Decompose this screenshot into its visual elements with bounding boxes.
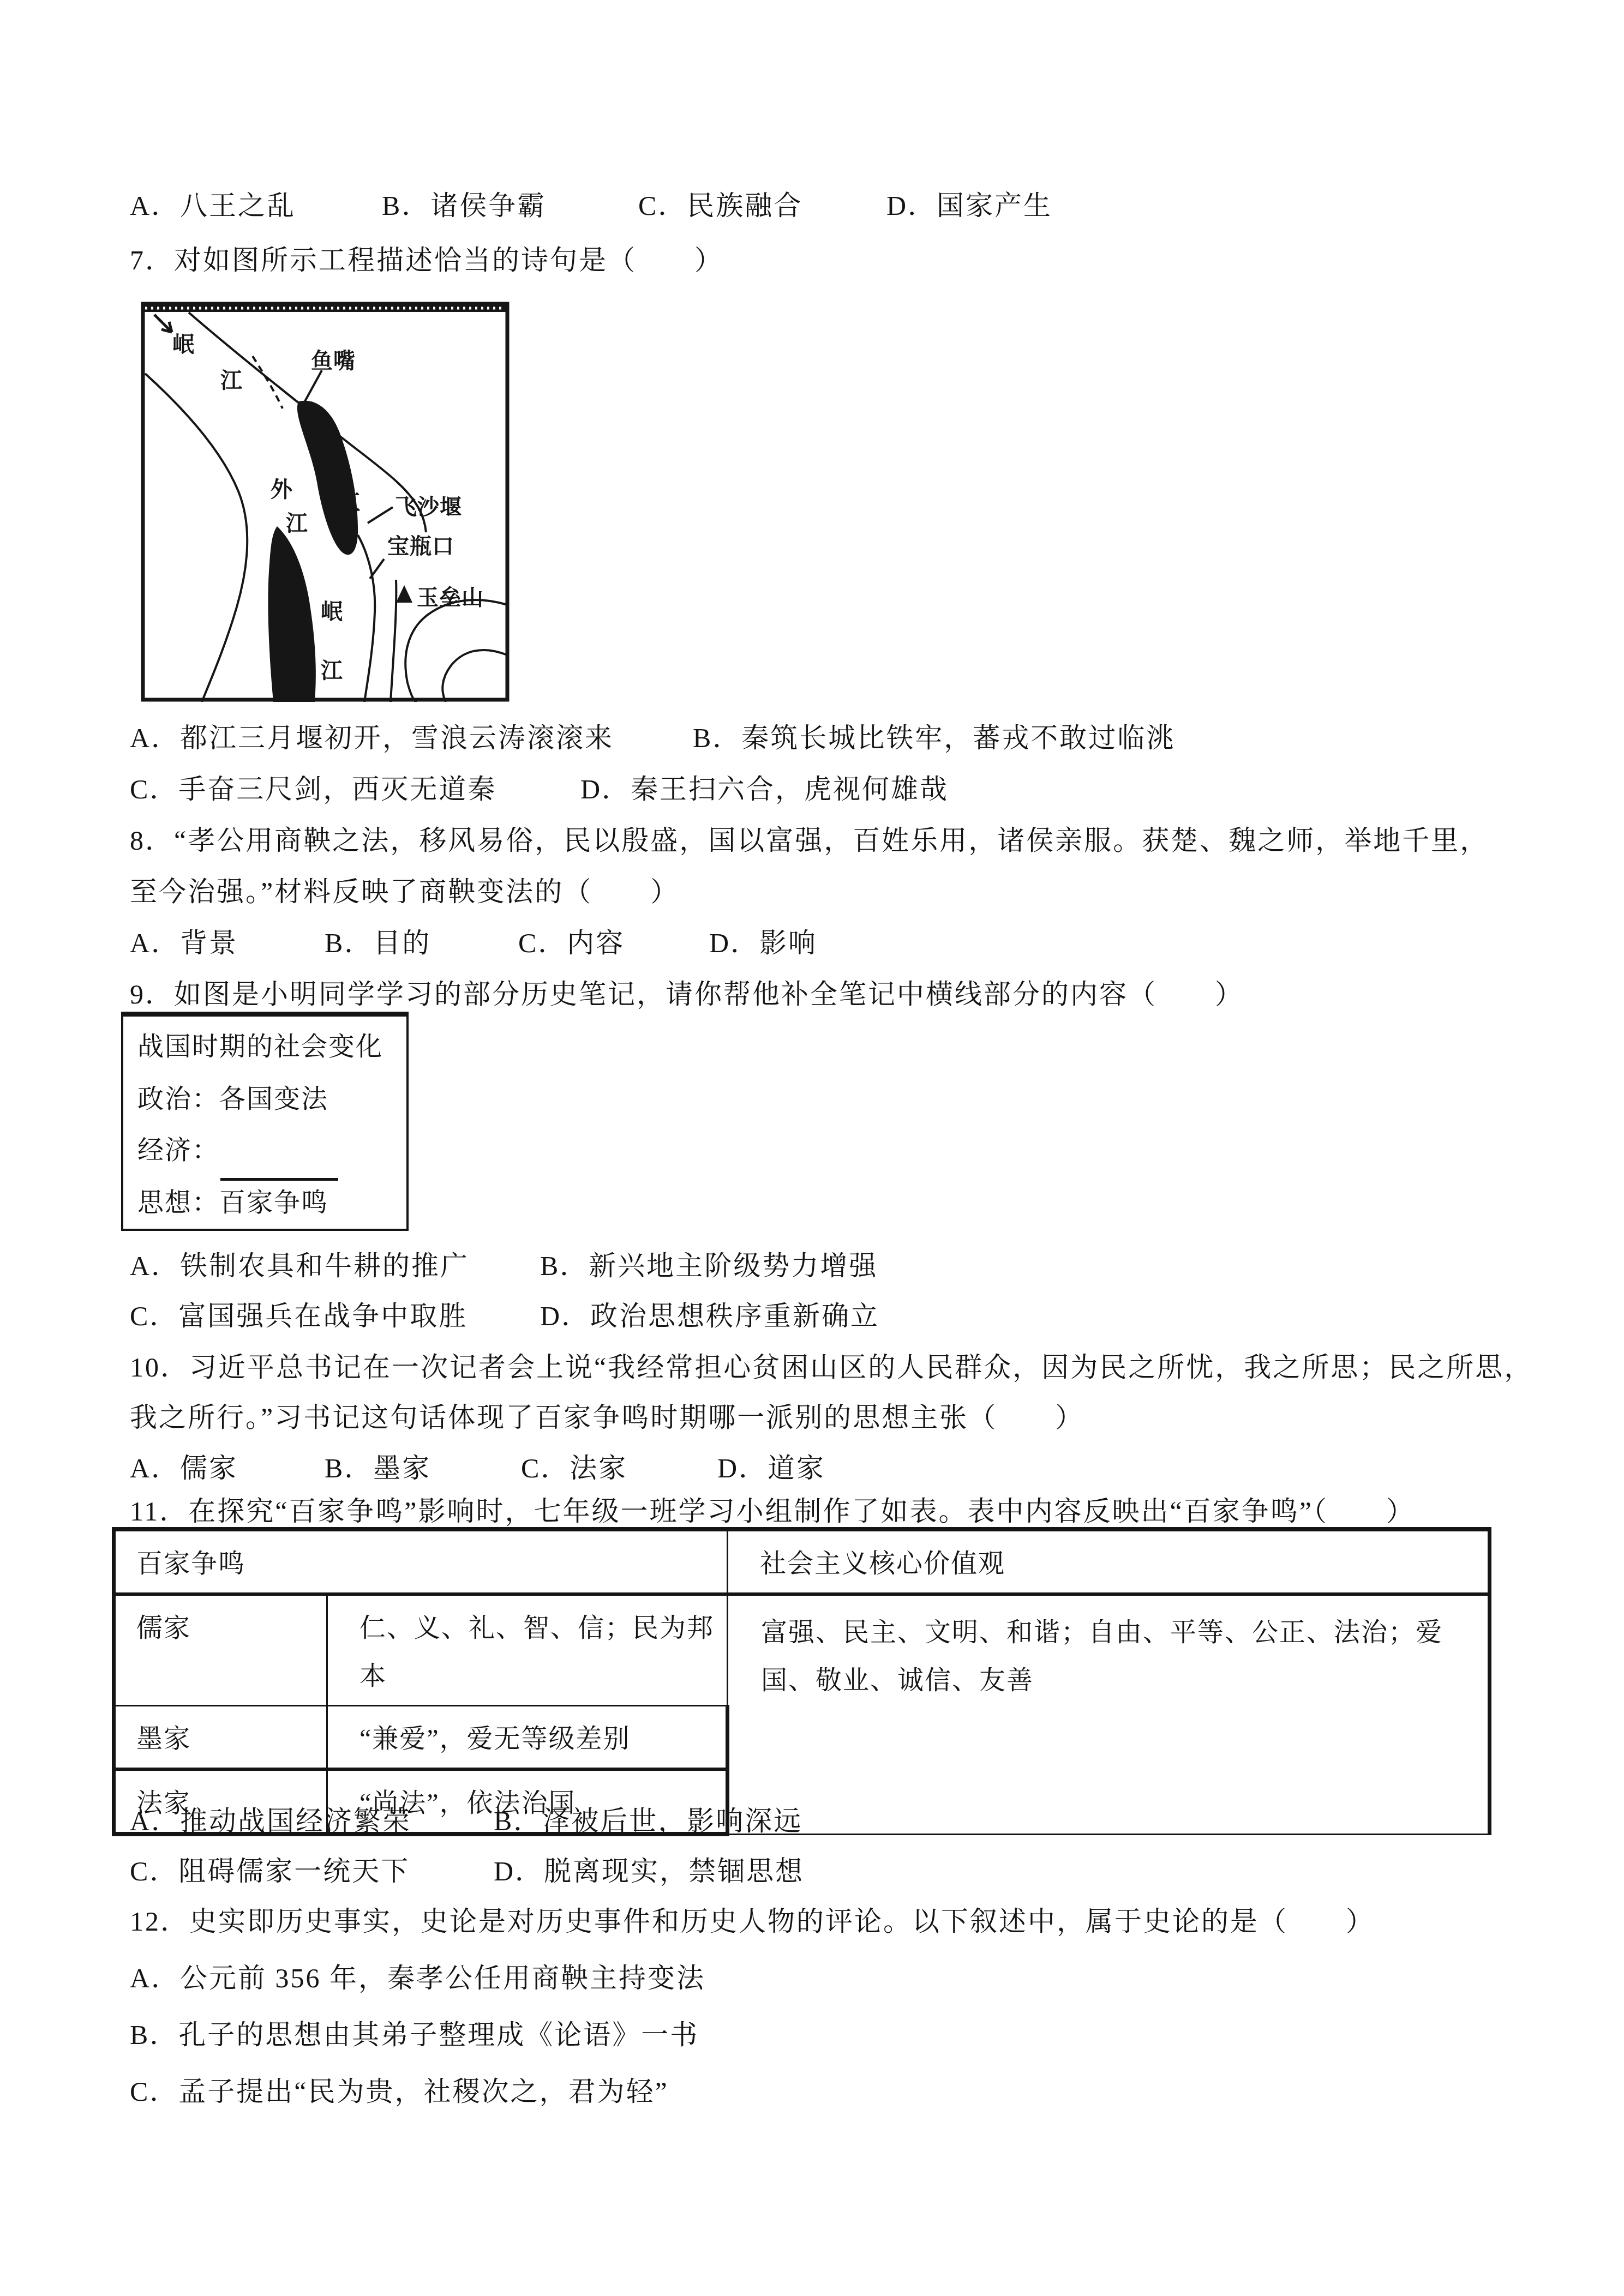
q9-option-d: D．政治思想秩序重新确立: [540, 1300, 879, 1332]
cell-core-values: 富强、民主、文明、和谐；自由、平等、公正、法治；爱国、敬业、诚信、友善: [728, 1594, 1490, 1834]
cell-teaching-mojia: “兼爱”，爱无等级差别: [327, 1706, 728, 1770]
map-label-jiang-nei: 江: [338, 490, 361, 515]
map-label-jiang-wai: 江: [286, 511, 308, 536]
q10-prompt-line-2: 我之所行。”习书记这句话体现了百家争鸣时期哪一派别的思想主张（ ）: [130, 1402, 1084, 1433]
q8-prompt-line-1: 8．“孝公用商鞅之法，移风易俗，民以殷盛，国以富强，百姓乐用，诸侯亲服。获楚、魏…: [130, 825, 1489, 856]
note-economy-blank-line: [220, 1178, 338, 1181]
map-label-min-bottom: 岷: [321, 599, 343, 624]
q9-option-a: A．铁制农具和牛耕的推广: [130, 1250, 469, 1282]
q7-dujiangyan-map: 岷 江 鱼嘴 内 江 外 江 飞沙堰 宝瓶口 玉垒山 岷 江: [141, 302, 510, 702]
table-header-core-values: 社会主义核心价值观: [728, 1529, 1490, 1594]
q12-prompt: 12．史实即历史事实，史论是对历史事件和历史人物的评论。以下叙述中，属于史论的是…: [130, 1906, 1375, 1937]
q6-option-a: A．八王之乱: [130, 190, 296, 221]
map-label-yuleishan: 玉垒山: [417, 585, 484, 610]
q8-prompt-line-2: 至今治强。”材料反映了商鞅变法的（ ）: [130, 876, 679, 907]
cell-teaching-rujia: 仁、义、礼、智、信；民为邦本: [327, 1594, 728, 1706]
map-label-jiang-bottom: 江: [321, 658, 343, 683]
q10-option-c: C．法家: [521, 1452, 627, 1484]
q11-option-a: A．推动战国经济繁荣: [130, 1805, 411, 1837]
q10-option-d: D．道家: [717, 1452, 825, 1484]
q11-option-c: C．阻碍儒家一统天下: [130, 1855, 410, 1887]
q7-option-b: B．秦筑长城比铁牢，蕃戎不敢过临洮: [693, 722, 1175, 754]
note-economy: 经济：: [137, 1135, 219, 1166]
table-header-baijiazhengming: 百家争鸣: [114, 1529, 728, 1594]
q9-history-note-box: 战国时期的社会变化 政治：各国变法 经济： 思想：百家争鸣: [121, 1012, 409, 1231]
q6-option-c: C．民族融合: [638, 190, 802, 221]
q7-option-d: D．秦王扫六合，虎视何雄哉: [580, 773, 949, 805]
note-politics: 政治：各国变法: [137, 1084, 328, 1115]
q11-option-d: D．脱离现实，禁锢思想: [494, 1855, 804, 1887]
q8-option-c: C．内容: [518, 927, 625, 959]
q12-option-a: A．公元前 356 年，秦孝公任用商鞅主持变法: [130, 1962, 705, 1994]
q10-option-a: A．儒家: [130, 1452, 238, 1484]
map-label-jiang-top: 江: [220, 368, 243, 393]
map-label-yuzui: 鱼嘴: [311, 348, 356, 373]
cell-school-rujia: 儒家: [114, 1594, 327, 1706]
table-row-rujia: 儒家 仁、义、礼、智、信；民为邦本 富强、民主、文明、和谐；自由、平等、公正、法…: [114, 1594, 1490, 1706]
q6-option-b: B．诸侯争霸: [382, 190, 546, 221]
note-thought: 思想：百家争鸣: [137, 1188, 328, 1218]
q8-option-d: D．影响: [709, 927, 817, 959]
q8-option-a: A．背景: [130, 927, 238, 959]
q9-prompt: 9．如图是小明同学学习的部分历史笔记，请你帮他补全笔记中横线部分的内容（ ）: [130, 978, 1244, 1010]
q11-prompt: 11．在探究“百家争鸣”影响时，七年级一班学习小组制作了如表。表中内容反映出“百…: [130, 1495, 1415, 1527]
q9-option-b: B．新兴地主阶级势力增强: [540, 1250, 878, 1282]
q12-option-b: B．孔子的思想由其弟子整理成《论语》一书: [130, 2019, 699, 2051]
q10-prompt-line-1: 10．习近平总书记在一次记者会上说“我经常担心贫困山区的人民群众，因为民之所忧，…: [130, 1351, 1533, 1383]
q11-comparison-table: 百家争鸣 社会主义核心价值观 儒家 仁、义、礼、智、信；民为邦本 富强、民主、文…: [112, 1527, 1491, 1836]
q7-option-c: C．手奋三尺剑，西灭无道秦: [130, 773, 496, 805]
q6-option-d: D．国家产生: [886, 190, 1052, 221]
exam-page: A．八王之乱 B．诸侯争霸 C．民族融合 D．国家产生 7．对如图所示工程描述恰…: [0, 0, 1624, 2296]
q7-prompt: 7．对如图所示工程描述恰当的诗句是（ ）: [130, 244, 723, 276]
q11-option-b: B．泽被后世，影响深远: [494, 1805, 802, 1837]
table-header-row: 百家争鸣 社会主义核心价值观: [114, 1529, 1490, 1594]
map-label-min-top: 岷: [172, 332, 195, 357]
q10-option-b: B．墨家: [325, 1452, 431, 1484]
q9-option-c: C．富国强兵在战争中取胜: [130, 1300, 468, 1332]
map-label-feishayan: 飞沙堰: [395, 495, 462, 519]
map-label-baopingkou: 宝瓶口: [387, 534, 454, 558]
note-title: 战国时期的社会变化: [137, 1032, 383, 1062]
map-label-wai: 外: [271, 477, 293, 502]
map-label-nei: 内: [314, 428, 337, 453]
q8-option-b: B．目的: [325, 927, 431, 959]
q12-option-c: C．孟子提出“民为贵，社稷次之，君为轻”: [130, 2076, 669, 2107]
q7-option-a: A．都江三月堰初开，雪浪云涛滚滚来: [130, 722, 614, 754]
cell-school-mojia: 墨家: [114, 1706, 327, 1770]
dujiangyan-map-svg: 岷 江 鱼嘴 内 江 外 江 飞沙堰 宝瓶口 玉垒山 岷 江: [141, 302, 510, 702]
